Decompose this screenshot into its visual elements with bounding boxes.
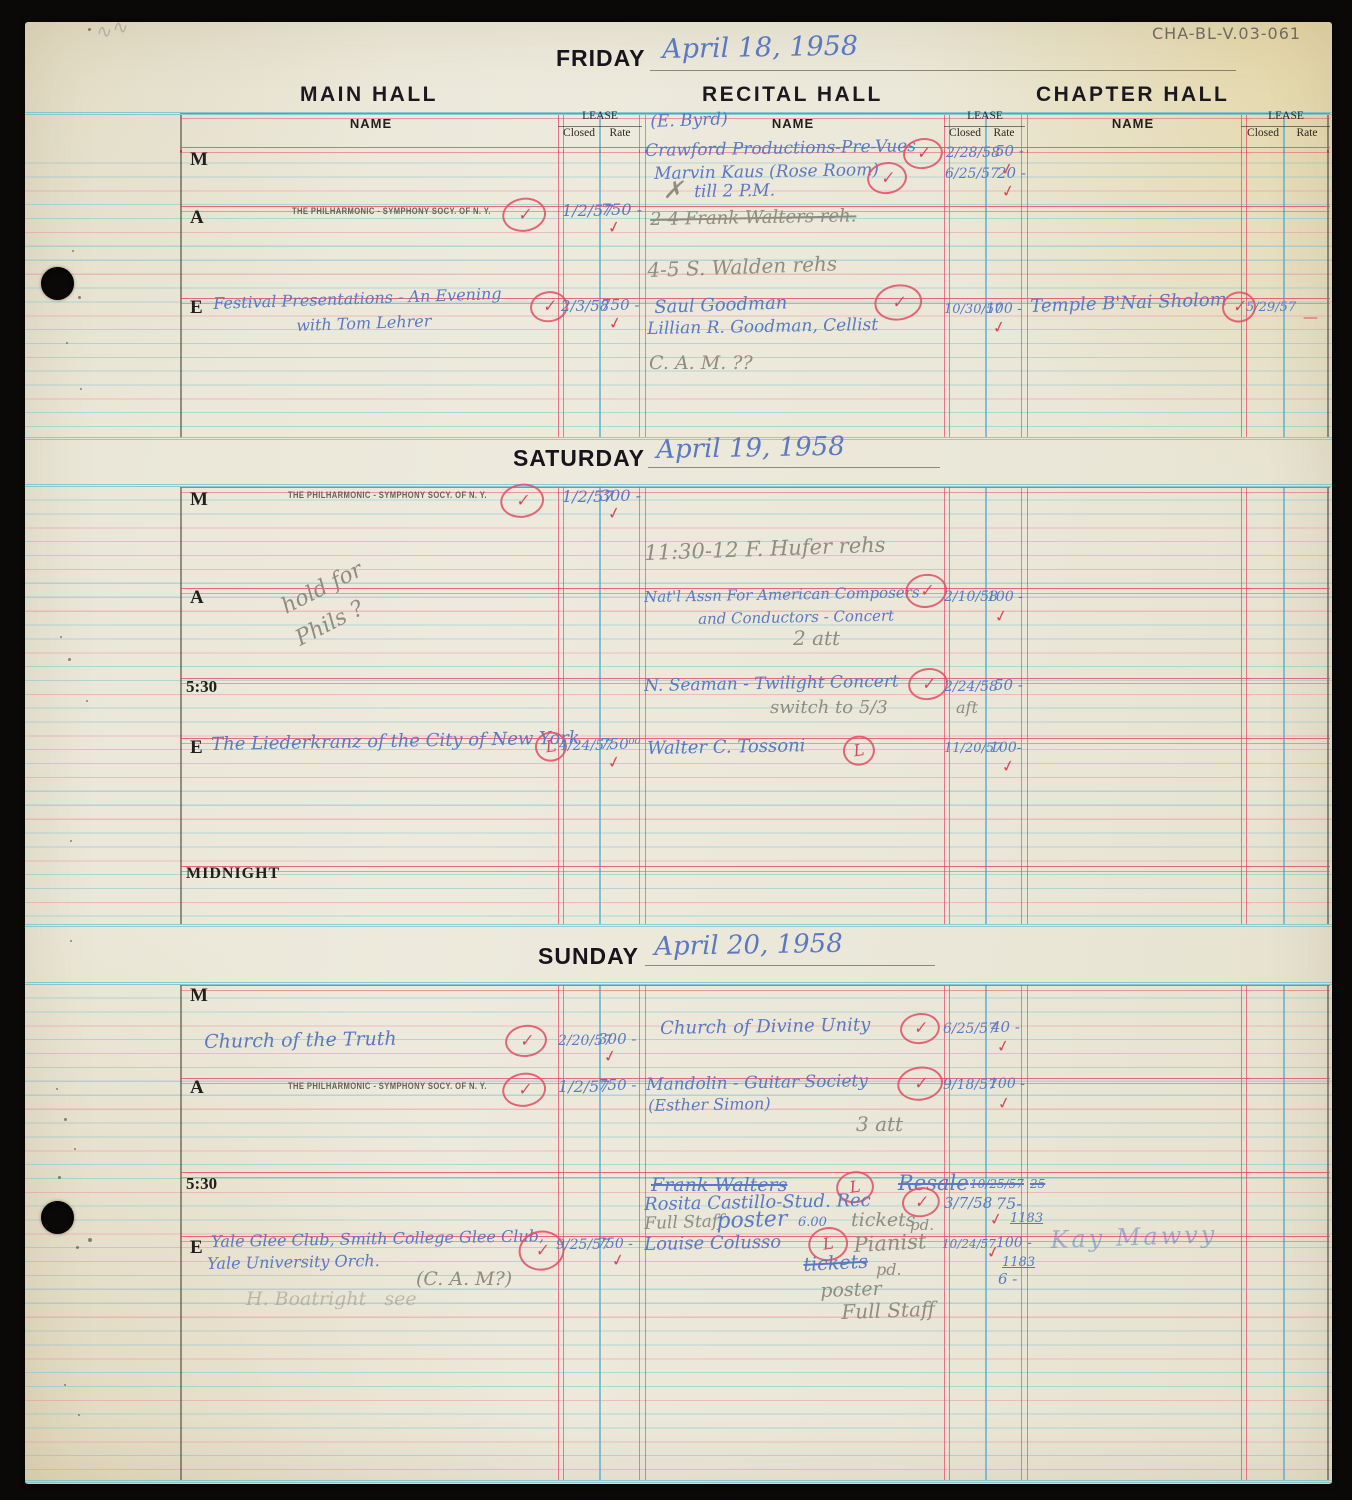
pencil-note: ✗: [663, 178, 683, 203]
ink-entry: 1183: [1010, 1212, 1043, 1226]
day-date-friday: April 18, 1958: [662, 33, 858, 65]
pencil-note: (C. A. M?): [416, 1270, 512, 1290]
booking-name: Church of the Truth: [204, 1030, 397, 1053]
column-header-closed: Closed: [563, 127, 595, 139]
booking-name: Walter C. Tossoni: [647, 737, 806, 759]
lease-check: ✓: [500, 195, 548, 235]
red-tick-mark: ✓: [1000, 182, 1017, 201]
pencil-note: 11:30-12 F. Hufer rehs: [644, 534, 886, 564]
pencil-note: aft: [956, 700, 978, 717]
lease-check: ✓: [903, 571, 949, 611]
red-tick-mark: ✓: [988, 1210, 1005, 1229]
booking-name: Kay Mawvy: [1050, 1222, 1218, 1253]
column-header-name: NAME: [1112, 117, 1154, 131]
hall-title-recital: RECITAL HALL: [702, 84, 883, 106]
pencil-note: C. A. M. ??: [649, 354, 753, 374]
lease-closed-date: 6/25/57: [945, 167, 999, 182]
lease-rate: 750 -: [597, 1237, 633, 1252]
ink-entry: tickets: [803, 1253, 868, 1276]
lease-closed-date: 2/24/58: [944, 680, 998, 695]
booking-name: Lillian R. Goodman, Cellist: [647, 317, 878, 339]
day-date-saturday: April 19, 1958: [656, 434, 845, 465]
booking-name: Nat'l Assn For American Composers: [644, 585, 920, 606]
pencil-note: Full Staff: [841, 1299, 935, 1323]
column-header-lease: LEASE: [967, 110, 1003, 122]
column-header-rate: Rate: [993, 127, 1014, 139]
booking-name: Crawford Productions-Pre-Vues: [645, 138, 916, 161]
time-row-label: M: [190, 986, 208, 1006]
philharmonic-stamp: THE PHILHARMONIC - SYMPHONY SOCY. OF N. …: [288, 491, 487, 501]
red-tick-mark: ✓: [606, 753, 623, 772]
lease-rate: 100-: [990, 741, 1021, 756]
pencil-note: switch to 5/3: [770, 699, 888, 718]
booking-name: The Liederkranz of the City of New York: [211, 730, 580, 755]
annotation-layer: FRIDAY April 18, 1958 SATURDAY April 19,…: [0, 0, 1352, 1500]
booking-name: N. Seaman - Twilight Concert: [644, 674, 899, 696]
pencil-note: 3 att: [856, 1114, 903, 1135]
red-tick-mark: ✓: [607, 314, 624, 333]
lease-rate: 100 -: [996, 1236, 1032, 1251]
lease-rate: 750 -: [601, 202, 642, 219]
lease-rate: 750 -: [598, 1078, 636, 1094]
lease-rate: 750 -: [601, 298, 639, 314]
time-row-label: M: [190, 490, 208, 510]
day-title-saturday: SATURDAY: [513, 446, 645, 470]
booking-name: and Conductors - Concert: [698, 609, 894, 628]
pencil-note: H. Boatright see: [246, 1290, 417, 1310]
pencil-note: 2-4 Frank Walters reh.: [650, 207, 857, 229]
pencil-note: 4-5 S. Walden rehs: [647, 253, 837, 281]
page-ref-number: CHA-BL-V.03-061: [1152, 26, 1301, 43]
lease-rate: 100 -: [986, 302, 1022, 317]
column-header-rate: Rate: [609, 127, 630, 139]
lease-check: ✓: [500, 1070, 548, 1110]
lease-rate: 100 -: [989, 1077, 1025, 1092]
scanned-ledger-page: { "page_ref": "CHA-BL-V.03-061", "header…: [0, 0, 1352, 1500]
lease-check: ✓: [503, 1022, 549, 1060]
day-date-sunday: April 20, 1958: [654, 931, 843, 962]
red-tick-mark: ✓: [606, 218, 623, 237]
lease-rate: 300 -: [598, 1032, 636, 1048]
corner-scribble: ∿∿: [92, 15, 130, 44]
time-row-label: MIDNIGHT: [186, 866, 280, 883]
lease-check: ✓: [895, 1064, 945, 1104]
lease-rate: 100 -: [987, 590, 1023, 605]
lease-closed-date: 2/28/58: [946, 146, 1000, 161]
red-tick-mark: ✓: [1000, 757, 1017, 776]
booking-name: Church of Divine Unity: [660, 1016, 870, 1039]
lease-rate: 300 -: [600, 488, 641, 505]
time-row-label: 5:30: [186, 1175, 217, 1193]
red-tick-mark: ✓: [602, 1047, 619, 1066]
lease-rate: 50 -: [994, 678, 1023, 694]
lease-rate: 25: [1030, 1178, 1045, 1191]
pencil-note: Full Staff: [644, 1213, 724, 1234]
lease-closed-date: 5/29/57: [1246, 301, 1296, 315]
ink-entry: 1183: [1002, 1256, 1035, 1270]
lease-closed-date: 10/25/57: [970, 1178, 1024, 1191]
punch-hole: [41, 267, 74, 300]
column-header-name: NAME: [350, 117, 392, 131]
lease-check: ✓: [498, 481, 546, 521]
pencil-note: pd.: [876, 1262, 902, 1279]
lease-closed-date: 3/7/58: [944, 1196, 992, 1212]
time-row-label: E: [190, 738, 203, 758]
booking-name: Festival Presentations - An Evening: [213, 286, 502, 313]
day-title-friday: FRIDAY: [556, 46, 646, 70]
red-tick-mark: ✓: [996, 1094, 1013, 1113]
hall-title-main: MAIN HALL: [300, 84, 438, 106]
red-tick-mark: ✓: [995, 1037, 1012, 1056]
booking-name: Saul Goodman: [654, 294, 788, 318]
column-header-rate: Rate: [1296, 127, 1317, 139]
philharmonic-stamp: THE PHILHARMONIC - SYMPHONY SOCY. OF N. …: [288, 1082, 487, 1092]
red-tick-mark: ✓: [606, 504, 623, 523]
column-header-closed: Closed: [1247, 127, 1279, 139]
column-header-lease: LEASE: [582, 110, 618, 122]
booking-name: Yale University Orch.: [207, 1253, 380, 1273]
philharmonic-stamp: THE PHILHARMONIC - SYMPHONY SOCY. OF N. …: [292, 207, 491, 217]
booking-name: Louise Colusso: [644, 1234, 781, 1255]
pencil-note: 2 att: [793, 628, 840, 649]
time-row-label: A: [190, 208, 204, 228]
time-row-label: M: [190, 150, 208, 170]
lease-rate: —: [1303, 310, 1318, 326]
time-row-label: A: [190, 588, 204, 608]
ink-entry: 6 -: [998, 1272, 1017, 1288]
booking-name: Temple B'Nai Sholom: [1030, 291, 1227, 317]
red-tick-mark: ✓: [610, 1251, 627, 1270]
column-header-closed: Closed: [949, 127, 981, 139]
hall-title-chapter: CHAPTER HALL: [1036, 84, 1229, 106]
lease-closed-date: 6/25/57: [943, 1022, 997, 1037]
lease-check: ✓: [872, 281, 925, 323]
lease-rate: 50 -: [995, 144, 1024, 160]
lease-check: L: [841, 734, 877, 768]
ink-entry: poster: [716, 1208, 788, 1234]
pencil-note: tickets: [851, 1211, 916, 1231]
booking-name: Yale Glee Club, Smith College Glee Club,: [211, 1228, 544, 1251]
lease-rate: 750⁰⁰: [600, 737, 641, 753]
column-header-lease: LEASE: [1268, 110, 1304, 122]
booking-name: Mandolin - Guitar Society: [646, 1073, 868, 1095]
red-tick-mark: ✓: [991, 318, 1008, 337]
punch-hole: [41, 1201, 74, 1234]
time-row-label: E: [190, 298, 203, 318]
day-title-sunday: SUNDAY: [538, 944, 639, 968]
time-row-label: 5:30: [186, 678, 217, 696]
booking-name: (Esther Simon): [648, 1096, 771, 1115]
lease-check: ✓: [898, 1010, 942, 1046]
time-row-label: A: [190, 1078, 204, 1098]
booking-name: with Tom Lehrer: [296, 313, 432, 335]
column-header-name: NAME: [772, 117, 814, 131]
ink-entry: (E. Byrd): [650, 111, 728, 132]
red-tick-mark: ✓: [993, 607, 1010, 626]
ink-entry: till 2 P.M.: [694, 183, 775, 202]
time-row-label: E: [190, 1238, 203, 1258]
lease-rate: 40 -: [991, 1020, 1020, 1036]
